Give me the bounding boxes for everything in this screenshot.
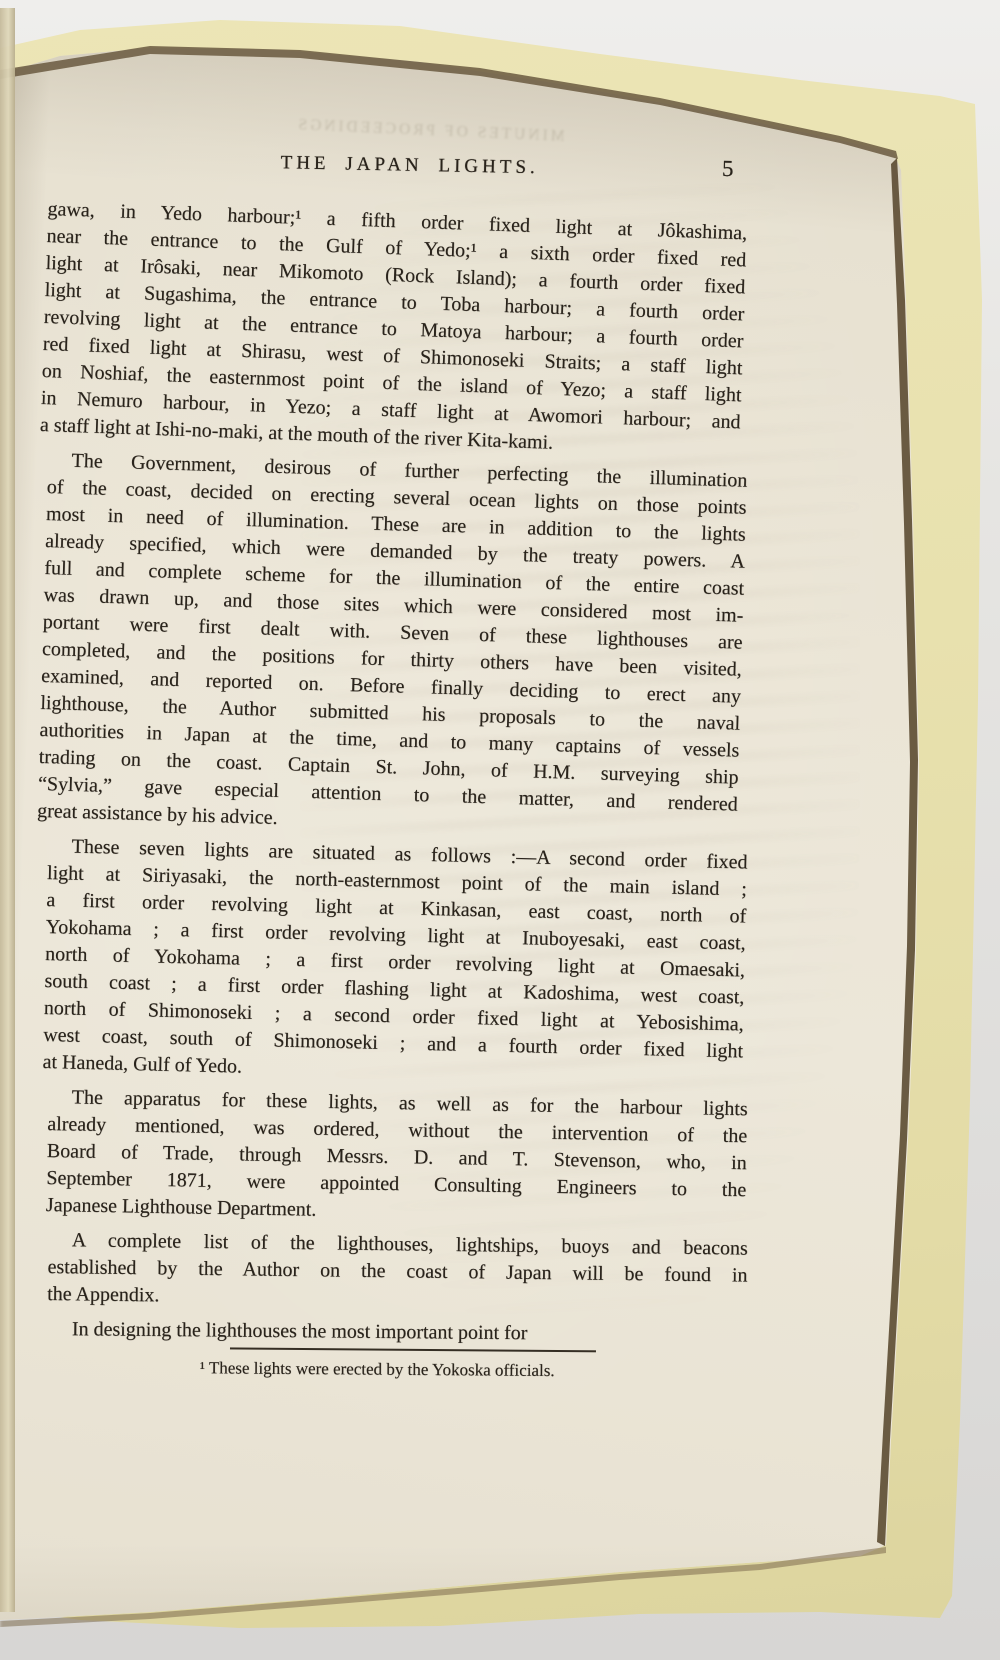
paragraph: A complete list of the lighthouses, ligh…	[47, 1227, 748, 1317]
body-text: gawa, in Yedo harbour;¹ a fifth order fi…	[48, 196, 748, 1343]
paragraph: The Government, desirous of further perf…	[37, 447, 748, 846]
paragraph: These seven lights are situated as follo…	[42, 833, 748, 1092]
spine-edge	[0, 8, 15, 1612]
page-number: 5	[722, 156, 734, 182]
paragraph: gawa, in Yedo harbour;¹ a fifth order fi…	[40, 196, 748, 463]
paragraph: The apparatus for these lights, as well …	[46, 1084, 748, 1231]
photo-backdrop: MINUTES OF PROCEEDINGS THE JAPAN LIGHTS.…	[0, 0, 1000, 1660]
footnote: ¹ These lights were erected by the Yokos…	[48, 1346, 748, 1382]
